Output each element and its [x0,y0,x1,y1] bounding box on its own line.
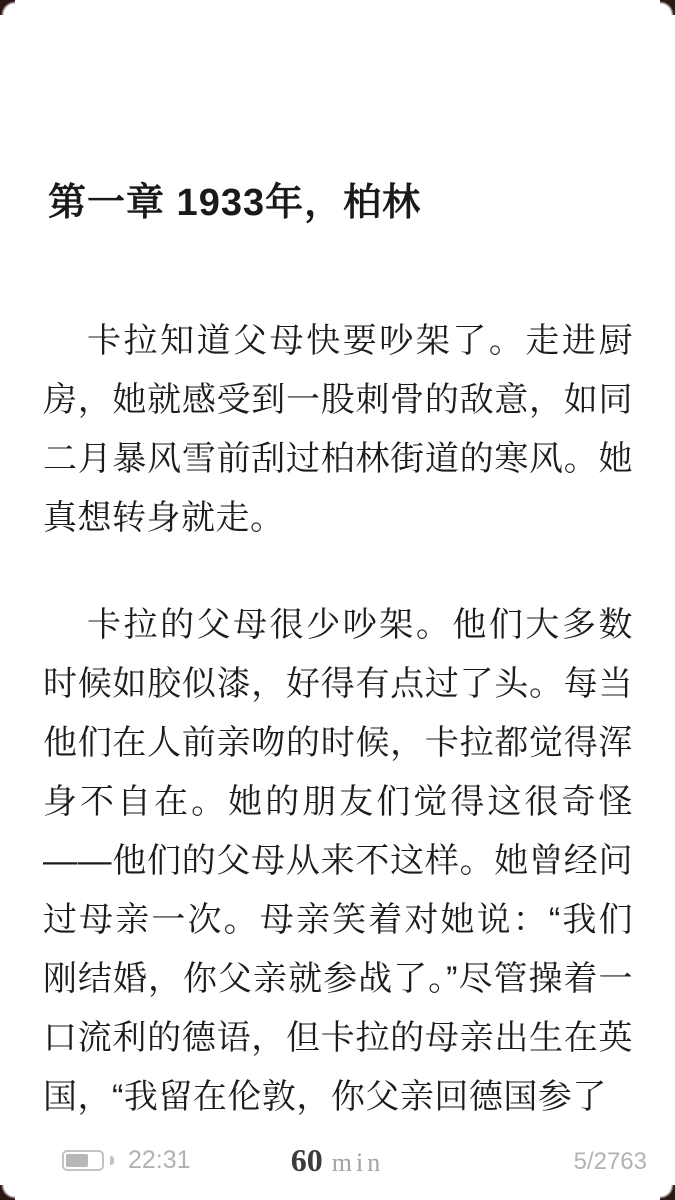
page-indicator: 5/2763 [574,1148,647,1176]
screen-corner-top-left [0,0,15,15]
reader-page: 第一章 1933年，柏林 卡拉知道父母快要吵架了。走进厨房，她就感受到一股刺骨的… [0,0,675,1200]
reading-minutes-unit: min [332,1148,384,1177]
status-bar: 22:31 60min 5/2763 [0,1138,675,1200]
paragraph: 卡拉知道父母快要吵架了。走进厨房，她就感受到一股刺骨的敌意，如同二月暴风雪前刮过… [43,312,633,548]
reading-minutes-value: 60 [291,1142,323,1178]
screen-corner-top-right [660,0,675,15]
chapter-title: 第一章 1933年，柏林 [48,177,421,229]
reader-content[interactable]: 卡拉知道父母快要吵架了。走进厨房，她就感受到一股刺骨的敌意，如同二月暴风雪前刮过… [43,312,633,1175]
paragraph: 卡拉的父母很少吵架。他们大多数时候如胶似漆，好得有点过了头。每当他们在人前亲吻的… [43,596,633,1127]
